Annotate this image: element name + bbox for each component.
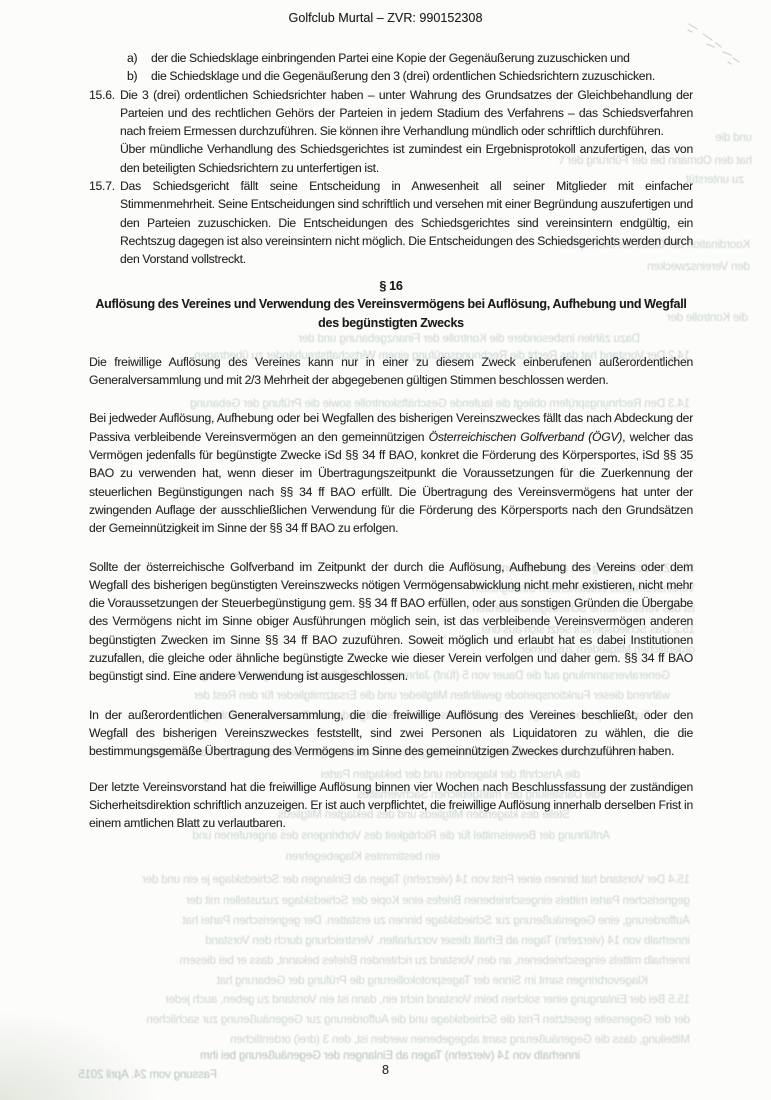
document-header: Golfclub Murtal – ZVR: 990152308 [0,11,771,25]
golfverband-italic-text: Österreichischen Golfverband (ÖGV) [429,430,623,444]
scanned-document-page: und diehat den Obmann bei der Führung de… [0,0,771,1100]
list-item-text: der die Schiedsklage einbringenden Parte… [151,49,693,67]
clause-15-7: 15.7. Das Schiedsgericht fällt seine Ent… [89,177,693,268]
bleedthrough-text: der der Gegenseite gesetzten Frist die S… [92,1011,690,1029]
handwritten-mark-icon [683,18,753,78]
paragraph-fallback-beneficiary: Sollte der österreichische Golfverband i… [89,558,693,686]
list-item-b: b) die Schiedsklage und die Gegenäußerun… [127,67,693,85]
document-body: a) der die Schiedsklage einbringenden Pa… [89,49,693,832]
bleedthrough-text: und die [686,129,752,147]
clause-15-6-subparagraph: Über mündliche Verhandlung des Schiedsge… [120,140,693,177]
section-title: Auflösung des Vereines und Verwendung de… [89,295,693,333]
bleedthrough-text: Klagevorbringen samt im Sinne der Tagesp… [128,972,648,990]
paragraph-segment: , welcher das Vermögen jedenfalls für be… [89,430,693,535]
page-number: 8 [0,1063,771,1077]
bleedthrough-text: ein bestimmtes Klagebegehren [180,848,440,866]
clause-text: Das Schiedsgericht fällt seine Entscheid… [120,177,693,268]
clause-number: 15.6. [89,86,120,141]
paragraph-liquidators: In der außerordentlichen Generalversamml… [89,706,693,761]
bleedthrough-text: innerhalb mittels eingeschriebenen, an d… [128,952,690,970]
bleedthrough-text: zu unterstützen [686,171,744,189]
clause-text: Die 3 (drei) ordentlichen Schiedsrichter… [120,86,693,141]
clause-15-6: 15.6. Die 3 (drei) ordentlichen Schiedsr… [89,86,693,141]
bleedthrough-text: 15.5 Bei der Einlangung einer solchen be… [108,991,690,1009]
bleedthrough-text: gegnerischen Partei mittels eingeschrieb… [128,892,690,910]
list-item-label: b) [127,67,151,85]
bleedthrough-text: innerhalb von 14 (vierzehn) Tagen ab Erh… [128,932,690,950]
paragraph-dissolution-resolution: Die freiwillige Auflösung des Vereines k… [89,353,693,390]
list-item-label: a) [127,49,151,67]
paragraph-notification: Der letzte Vereinsvorstand hat die freiw… [89,778,693,833]
list-item-a: a) der die Schiedsklage einbringenden Pa… [127,49,693,67]
list-item-text: die Schiedsklage und die Gegenäußerung d… [151,67,693,85]
section-number: § 16 [89,277,693,295]
bleedthrough-text: Mitteilung, dass die Gegenäußerung samt … [92,1031,690,1049]
clause-number: 15.7. [89,177,120,268]
paragraph-assets-transfer: Bei jedweder Auflösung, Aufhebung oder b… [89,409,693,537]
bleedthrough-text: 15.4 Der Vorstand hat binnen einer Frist… [108,871,690,889]
bleedthrough-text: Aufforderung, eine Gegenäußerung zur Sch… [128,912,690,930]
